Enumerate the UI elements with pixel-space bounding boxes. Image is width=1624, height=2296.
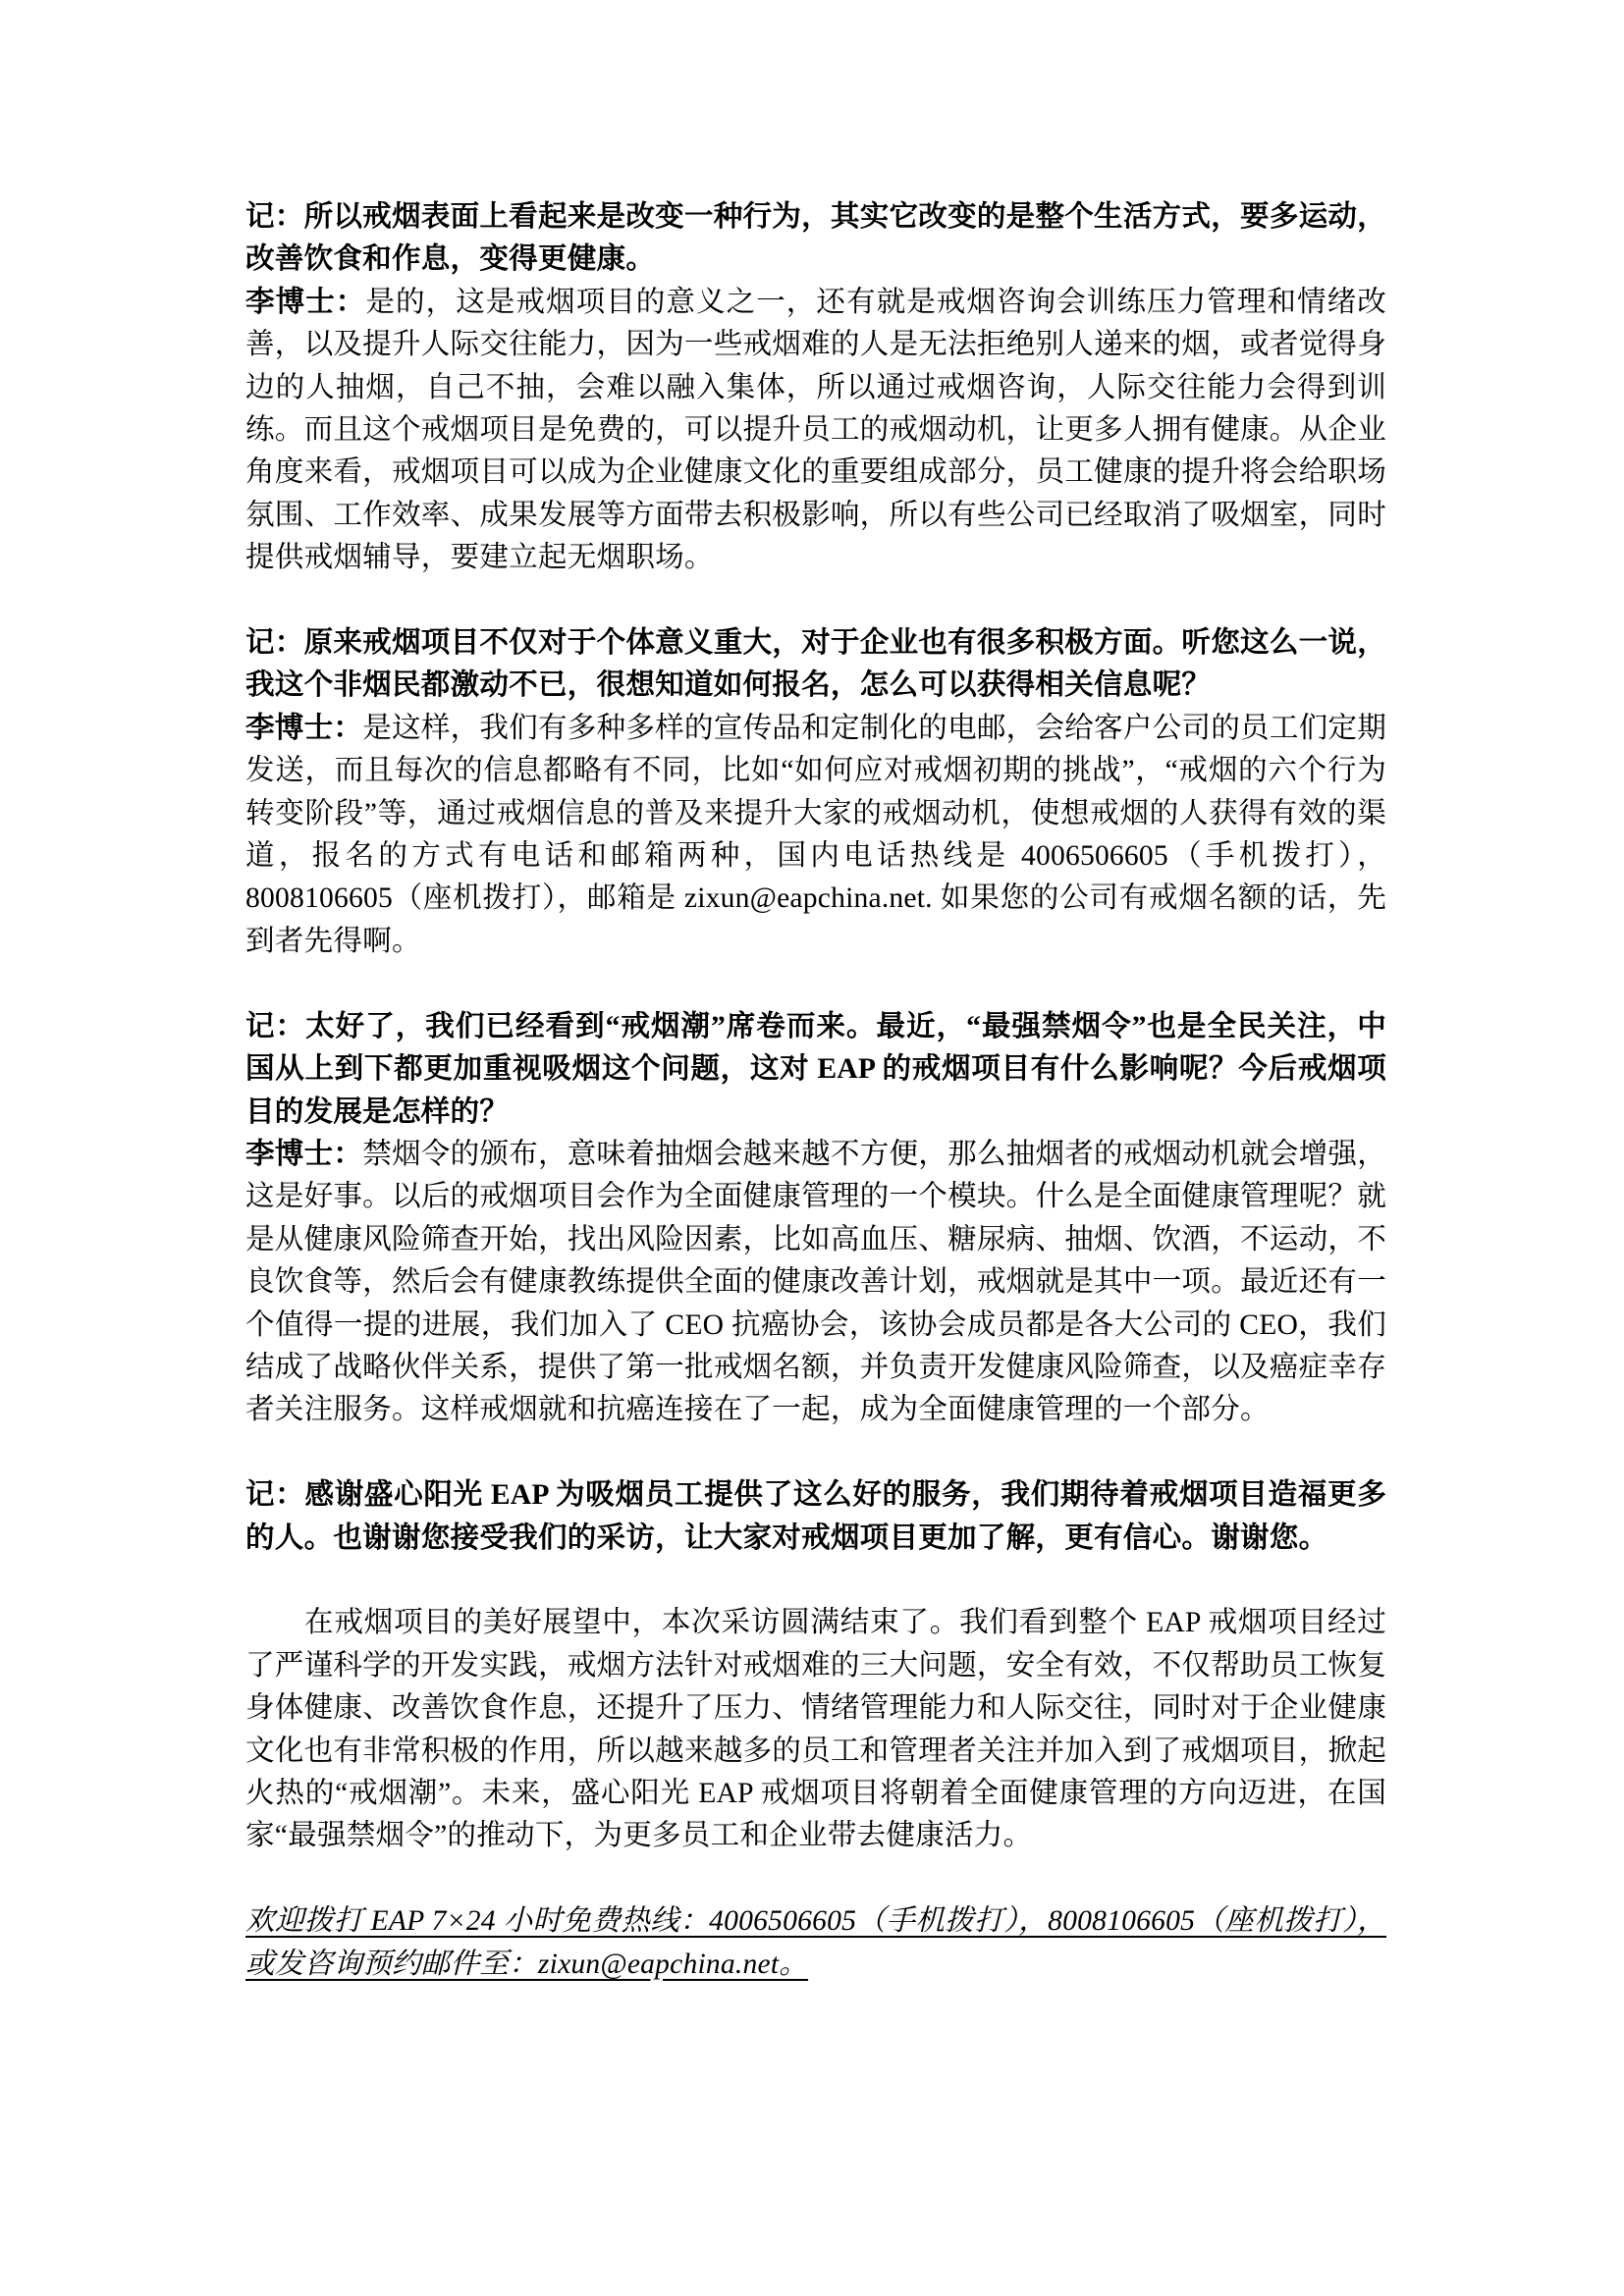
interviewer-question-2: 记：原来戒烟项目不仅对于个体意义重大，对于企业也有很多积极方面。听您这么一说，我… (245, 622, 1386, 708)
interviewer-question-1: 记：所以戒烟表面上看起来是改变一种行为，其实它改变的是整个生活方式，要多运动，改… (245, 196, 1386, 282)
paragraph-text: 欢迎拨打 EAP 7×24 小时免费热线：4006506605（手机拨打），80… (245, 1905, 1386, 1979)
paragraph-text: 在戒烟项目的美好展望中，本次采访圆满结束了。我们看到整个 EAP 戒烟项目经过了… (245, 1607, 1386, 1851)
speaker-label: 记： (245, 201, 304, 233)
speaker-label: 记： (245, 1011, 305, 1042)
speaker-label: 李博士： (245, 713, 362, 744)
paragraph-text: 禁烟令的颁布，意味着抽烟会越来越不方便，那么抽烟者的戒烟动机就会增强，这是好事。… (245, 1139, 1386, 1425)
expert-answer-1: 李博士：是的，这是戒烟项目的意义之一，还有就是戒烟咨询会训练压力管理和情绪改善，… (245, 282, 1386, 580)
paragraph-text: 原来戒烟项目不仅对于个体意义重大，对于企业也有很多积极方面。听您这么一说，我这个… (245, 627, 1386, 701)
interviewer-question-4: 记：感谢盛心阳光 EAP 为吸烟员工提供了这么好的服务，我们期待着戒烟项目造福更… (245, 1474, 1386, 1560)
closing-narrative-paragraph: 在戒烟项目的美好展望中，本次采访圆满结束了。我们看到整个 EAP 戒烟项目经过了… (245, 1602, 1386, 1857)
speaker-label: 记： (245, 627, 304, 659)
paragraph-text: 是这样，我们有多种多样的宣传品和定制化的电邮，会给客户公司的员工们定期发送，而且… (245, 713, 1386, 957)
speaker-label: 记： (245, 1479, 304, 1511)
paragraph-text: 是的，这是戒烟项目的意义之一，还有就是戒烟咨询会训练压力管理和情绪改善，以及提升… (245, 287, 1386, 573)
paragraph-text: 太好了，我们已经看到“戒烟潮”席卷而来。最近，“最强禁烟令”也是全民关注，中国从… (245, 1011, 1386, 1128)
document-content: 记：所以戒烟表面上看起来是改变一种行为，其实它改变的是整个生活方式，要多运动，改… (245, 196, 1386, 1986)
speaker-label: 李博士： (245, 1139, 362, 1170)
document-page: 记：所以戒烟表面上看起来是改变一种行为，其实它改变的是整个生活方式，要多运动，改… (0, 0, 1624, 2296)
paragraph-text: 所以戒烟表面上看起来是改变一种行为，其实它改变的是整个生活方式，要多运动，改善饮… (245, 201, 1386, 275)
expert-answer-2: 李博士：是这样，我们有多种多样的宣传品和定制化的电邮，会给客户公司的员工们定期发… (245, 708, 1386, 963)
speaker-label: 李博士： (245, 287, 365, 318)
hotline-footer-notice: 欢迎拨打 EAP 7×24 小时免费热线：4006506605（手机拨打），80… (245, 1900, 1386, 1986)
interviewer-question-3: 记：太好了，我们已经看到“戒烟潮”席卷而来。最近，“最强禁烟令”也是全民关注，中… (245, 1006, 1386, 1134)
expert-answer-3: 李博士：禁烟令的颁布，意味着抽烟会越来越不方便，那么抽烟者的戒烟动机就会增强，这… (245, 1134, 1386, 1432)
paragraph-text: 感谢盛心阳光 EAP 为吸烟员工提供了这么好的服务，我们期待着戒烟项目造福更多的… (245, 1479, 1386, 1553)
